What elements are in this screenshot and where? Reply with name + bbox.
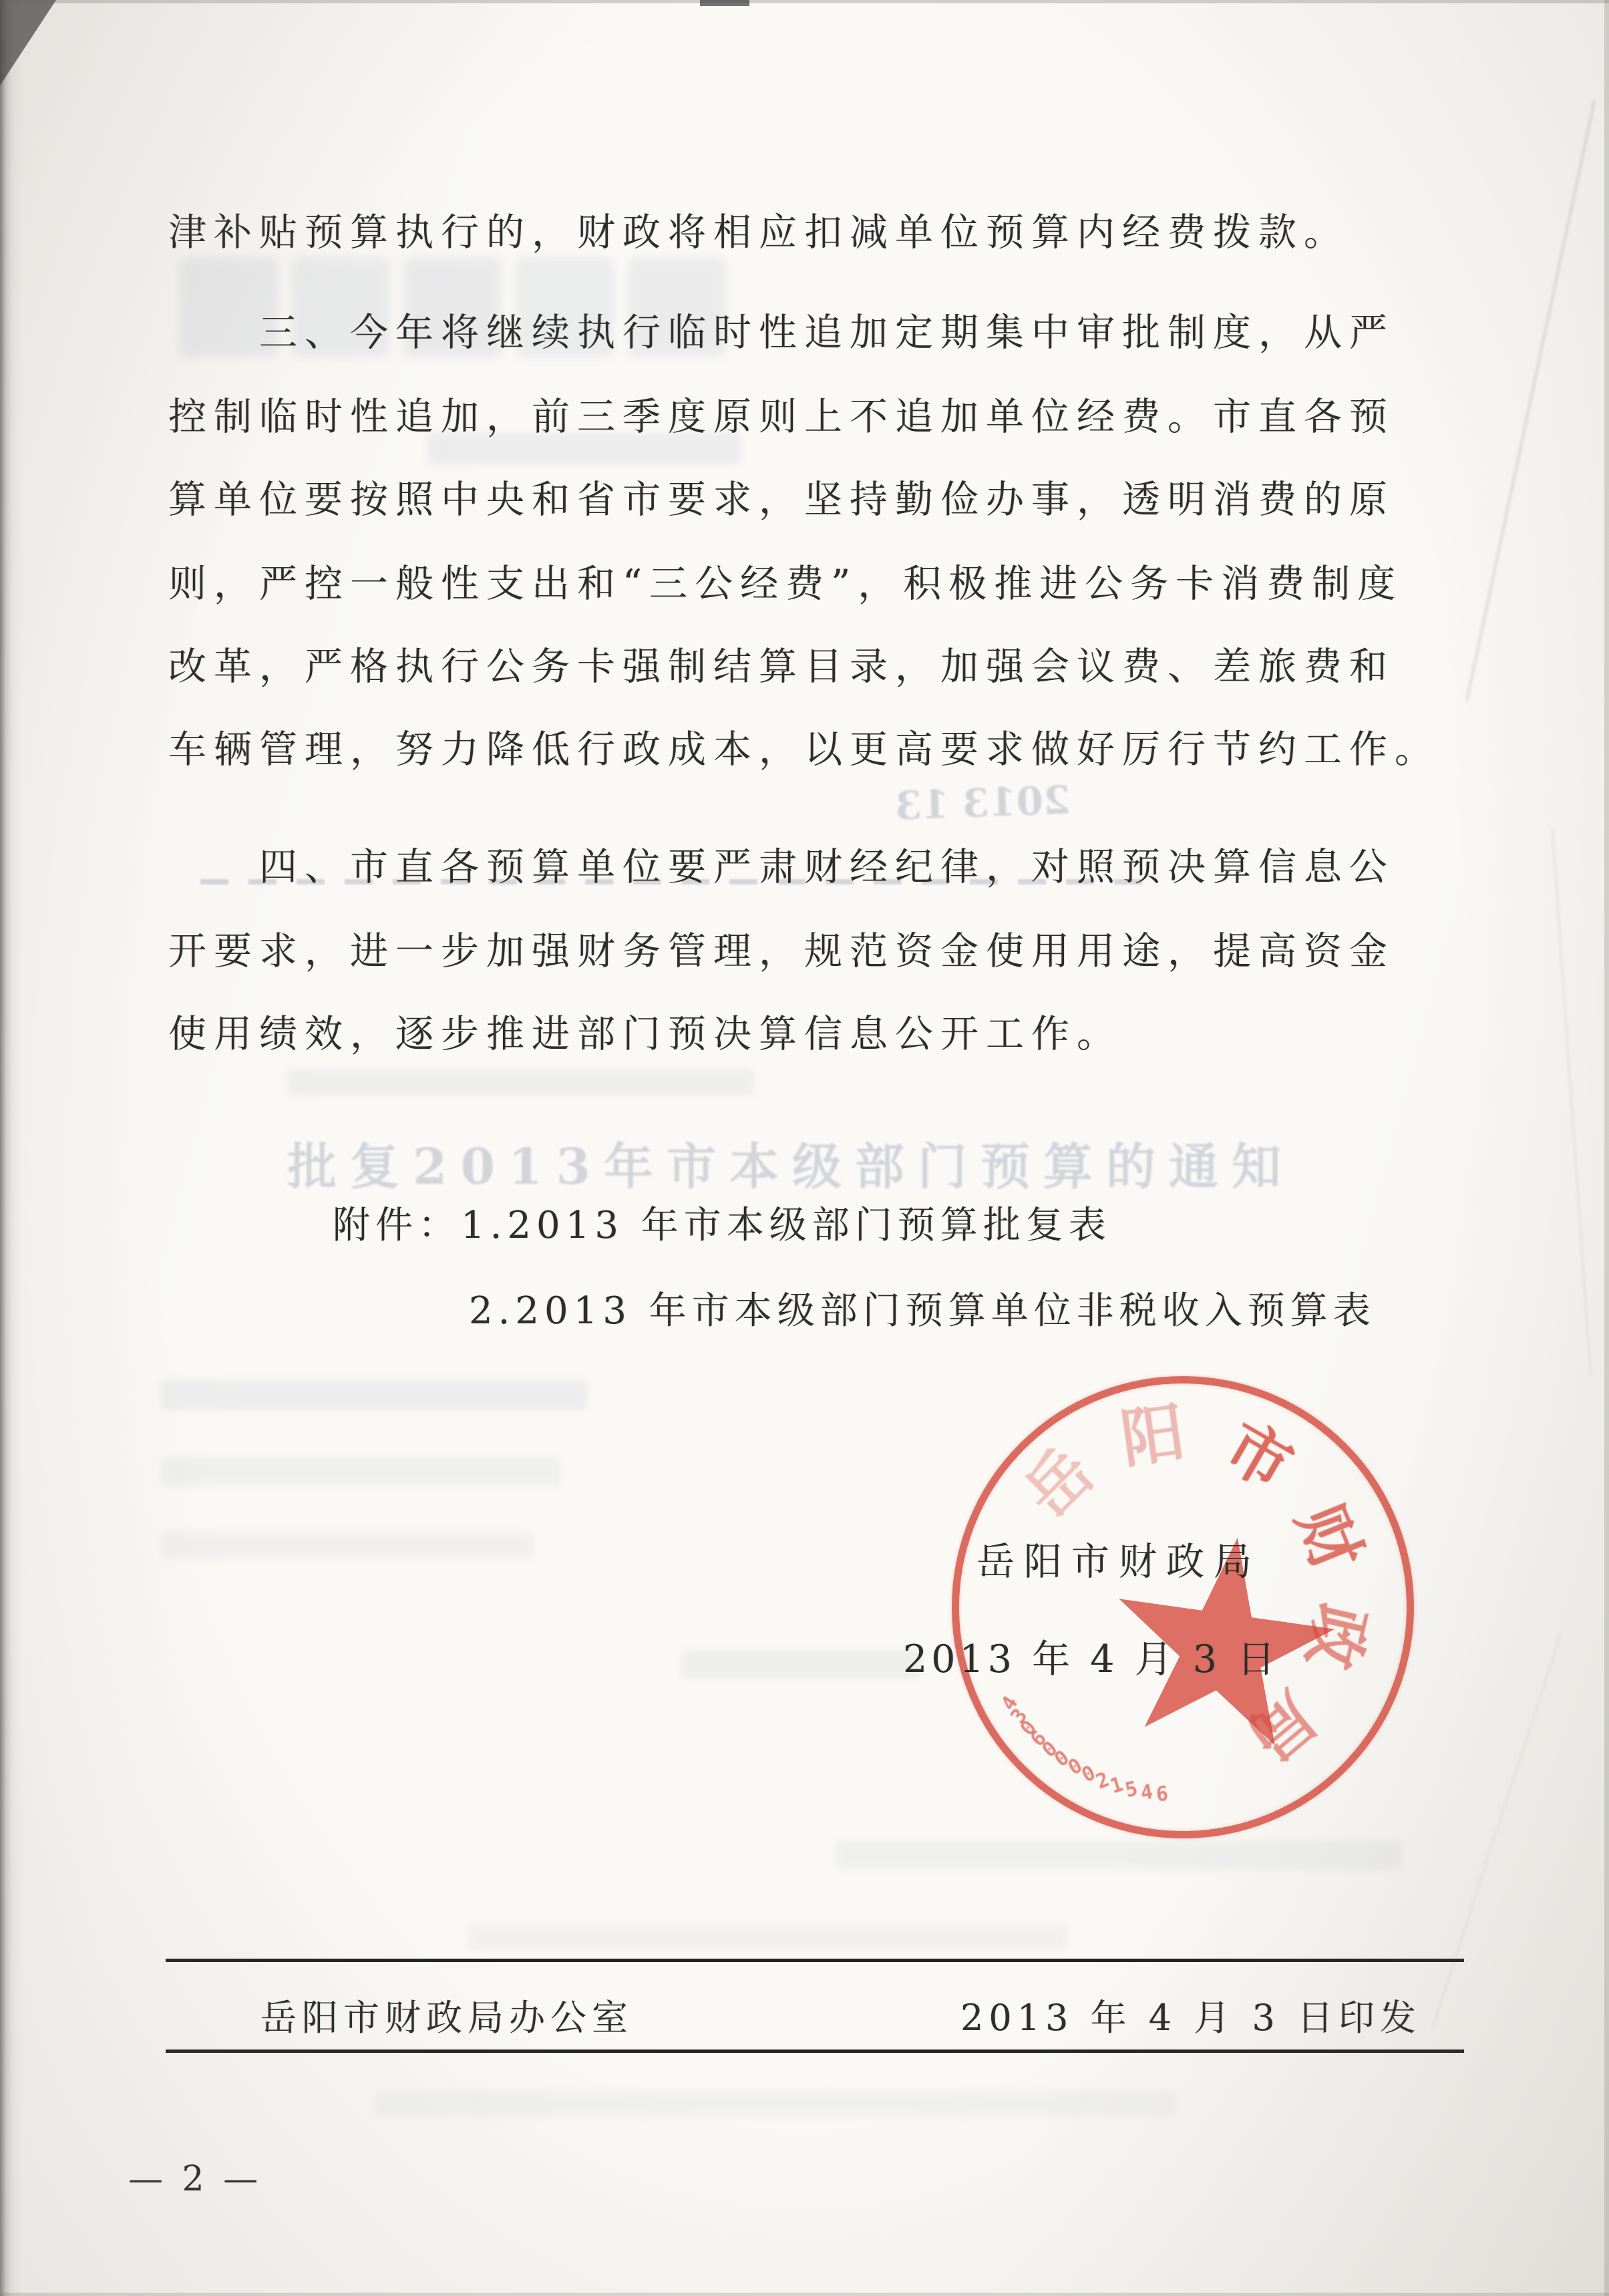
paper-crease xyxy=(1432,1633,1561,2027)
scan-edge-left-shadow xyxy=(0,0,23,2296)
signature-org: 岳阳市财政局 xyxy=(976,1531,1261,1586)
footer-office: 岳阳市财政局办公室 xyxy=(260,1989,633,2041)
scanned-document-page: 2013 13 批复2013年市本级部门预算的通知 津补贴预算执行的，财政将相应… xyxy=(0,0,1609,2296)
signature-date: 2013 年 4 月 3 日 xyxy=(903,1629,1279,1683)
scan-corner-shadow xyxy=(0,0,56,86)
body-line: 控制临时性追加，前三季度原则上不追加单位经费。市直各预 xyxy=(168,386,1395,441)
paper-crease xyxy=(1465,100,1595,702)
bleedthrough-smudge xyxy=(374,2091,1176,2116)
bleedthrough-smudge xyxy=(287,1069,755,1096)
bleedthrough-smudge xyxy=(160,1379,588,1410)
bleedthrough-ghost-number: 2013 13 xyxy=(894,777,1071,828)
seal-serial-digit: 6 xyxy=(1155,1782,1169,1806)
footer-issue-date: 2013 年 4 月 3 日印发 xyxy=(960,1989,1421,2041)
footer-rule-bottom xyxy=(166,2049,1464,2053)
footer-rule-top xyxy=(166,1959,1464,1962)
body-line: 车辆管理，努力降低行政成本，以更高要求做好厉行节约工作。 xyxy=(168,719,1440,774)
bleedthrough-smudge xyxy=(681,1650,922,1679)
bleedthrough-smudge xyxy=(835,1840,1403,1870)
body-line: 津补贴预算执行的，财政将相应扣减单位预算内经费拨款。 xyxy=(168,202,1349,257)
body-line: 则，严控一般性支出和“三公经费”，积极推进公务卡消费制度 xyxy=(168,553,1403,608)
body-line: 三、今年将继续执行临时性追加定期集中审批制度，从严 xyxy=(259,302,1395,357)
paper-crease xyxy=(1552,829,1591,1375)
body-line: 开要求，进一步加强财务管理，规范资金使用用途，提高资金 xyxy=(168,921,1395,975)
page-number: — 2 — xyxy=(128,2159,262,2199)
scan-edge-right-shadow xyxy=(1604,0,1609,2296)
body-line: 四、市直各预算单位要严肃财经纪律，对照预决算信息公 xyxy=(259,836,1395,891)
scan-edge-bottom-shadow xyxy=(0,2293,1609,2296)
body-line: 使用绩效，逐步推进部门预决算信息公开工作。 xyxy=(168,1003,1122,1058)
attachment-label: 附件： xyxy=(333,1204,461,1247)
bleedthrough-ghost-title: 批复2013年市本级部门预算的通知 xyxy=(287,1128,1294,1198)
attachment-item: 2.2013 年市本级部门预算单位非税收入预算表 xyxy=(469,1289,1376,1333)
attachment-line-1: 附件：1.2013 年市本级部门预算批复表 xyxy=(333,1196,1111,1249)
bleedthrough-smudge xyxy=(160,1456,561,1486)
attachment-item: 1.2013 年市本级部门预算批复表 xyxy=(461,1204,1111,1247)
bleedthrough-smudge xyxy=(468,1924,1069,1951)
scan-edge-top-shadow xyxy=(0,0,1609,3)
body-line: 改革，严格执行公务卡强制结算目录，加强会议费、差旅费和 xyxy=(168,636,1395,691)
scan-top-mark xyxy=(700,0,749,6)
bleedthrough-smudge xyxy=(160,1531,534,1559)
attachment-line-2: 2.2013 年市本级部门预算单位非税收入预算表 xyxy=(469,1281,1376,1335)
body-line: 算单位要按照中央和省市要求，坚持勤俭办事，透明消费的原 xyxy=(168,469,1395,524)
seal-arc-char: 阳 xyxy=(1114,1381,1190,1480)
